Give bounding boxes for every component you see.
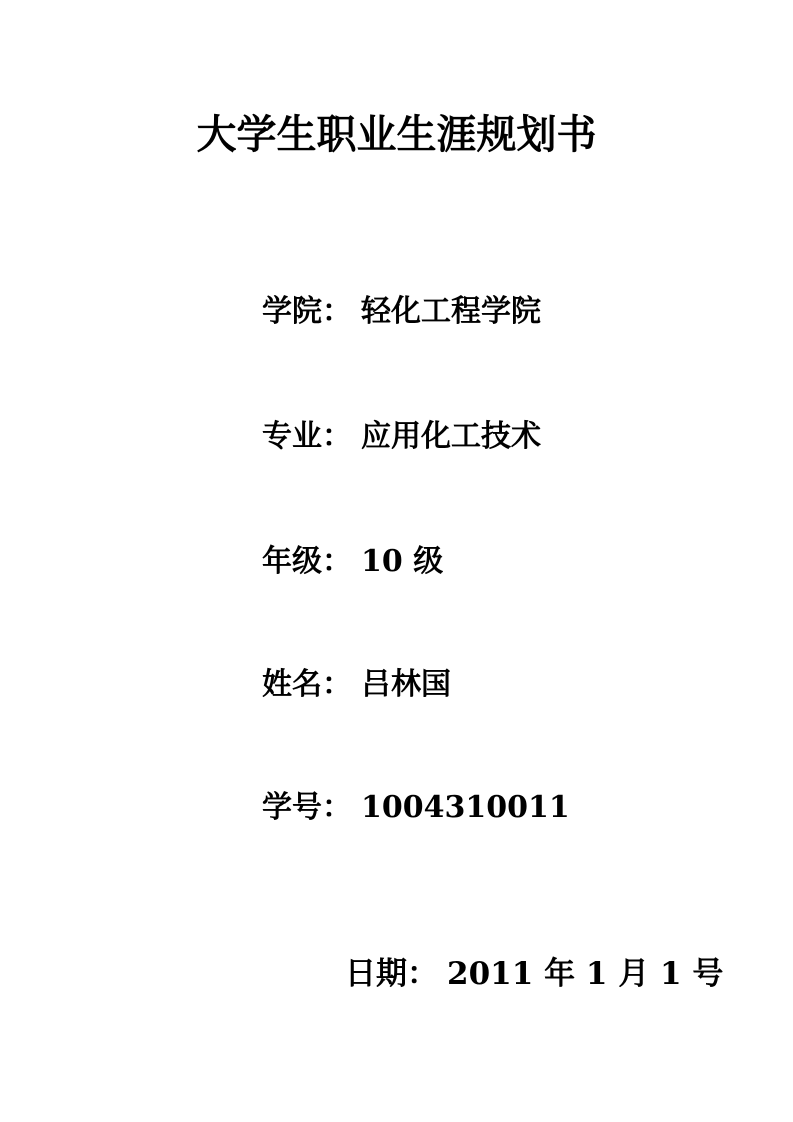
student-id-value: 1004310011	[361, 790, 570, 825]
field-major: 专业：应用化工技术	[262, 411, 541, 455]
student-id-label: 学号：	[262, 790, 352, 825]
major-value: 应用化工技术	[361, 419, 541, 454]
field-college: 学院：轻化工程学院	[262, 286, 541, 330]
document-title: 大学生职业生涯规划书	[0, 103, 793, 160]
major-label: 专业：	[262, 419, 352, 454]
college-value: 轻化工程学院	[361, 294, 541, 329]
field-grade: 年级：10 级	[262, 536, 443, 580]
college-label: 学院：	[262, 294, 352, 329]
grade-label: 年级：	[262, 544, 352, 579]
field-student-id: 学号：1004310011	[262, 782, 570, 826]
date-value: 2011 年 1 月 1 号	[447, 956, 723, 992]
grade-value: 10 级	[361, 544, 443, 579]
document-page: 大学生职业生涯规划书 学院：轻化工程学院 专业：应用化工技术 年级：10 级 姓…	[0, 0, 793, 1122]
date-label: 日期：	[345, 956, 438, 992]
field-date: 日期：2011 年 1 月 1 号	[345, 948, 723, 993]
name-label: 姓名：	[262, 667, 352, 702]
field-name: 姓名：吕林国	[262, 659, 451, 703]
name-value: 吕林国	[361, 667, 451, 702]
